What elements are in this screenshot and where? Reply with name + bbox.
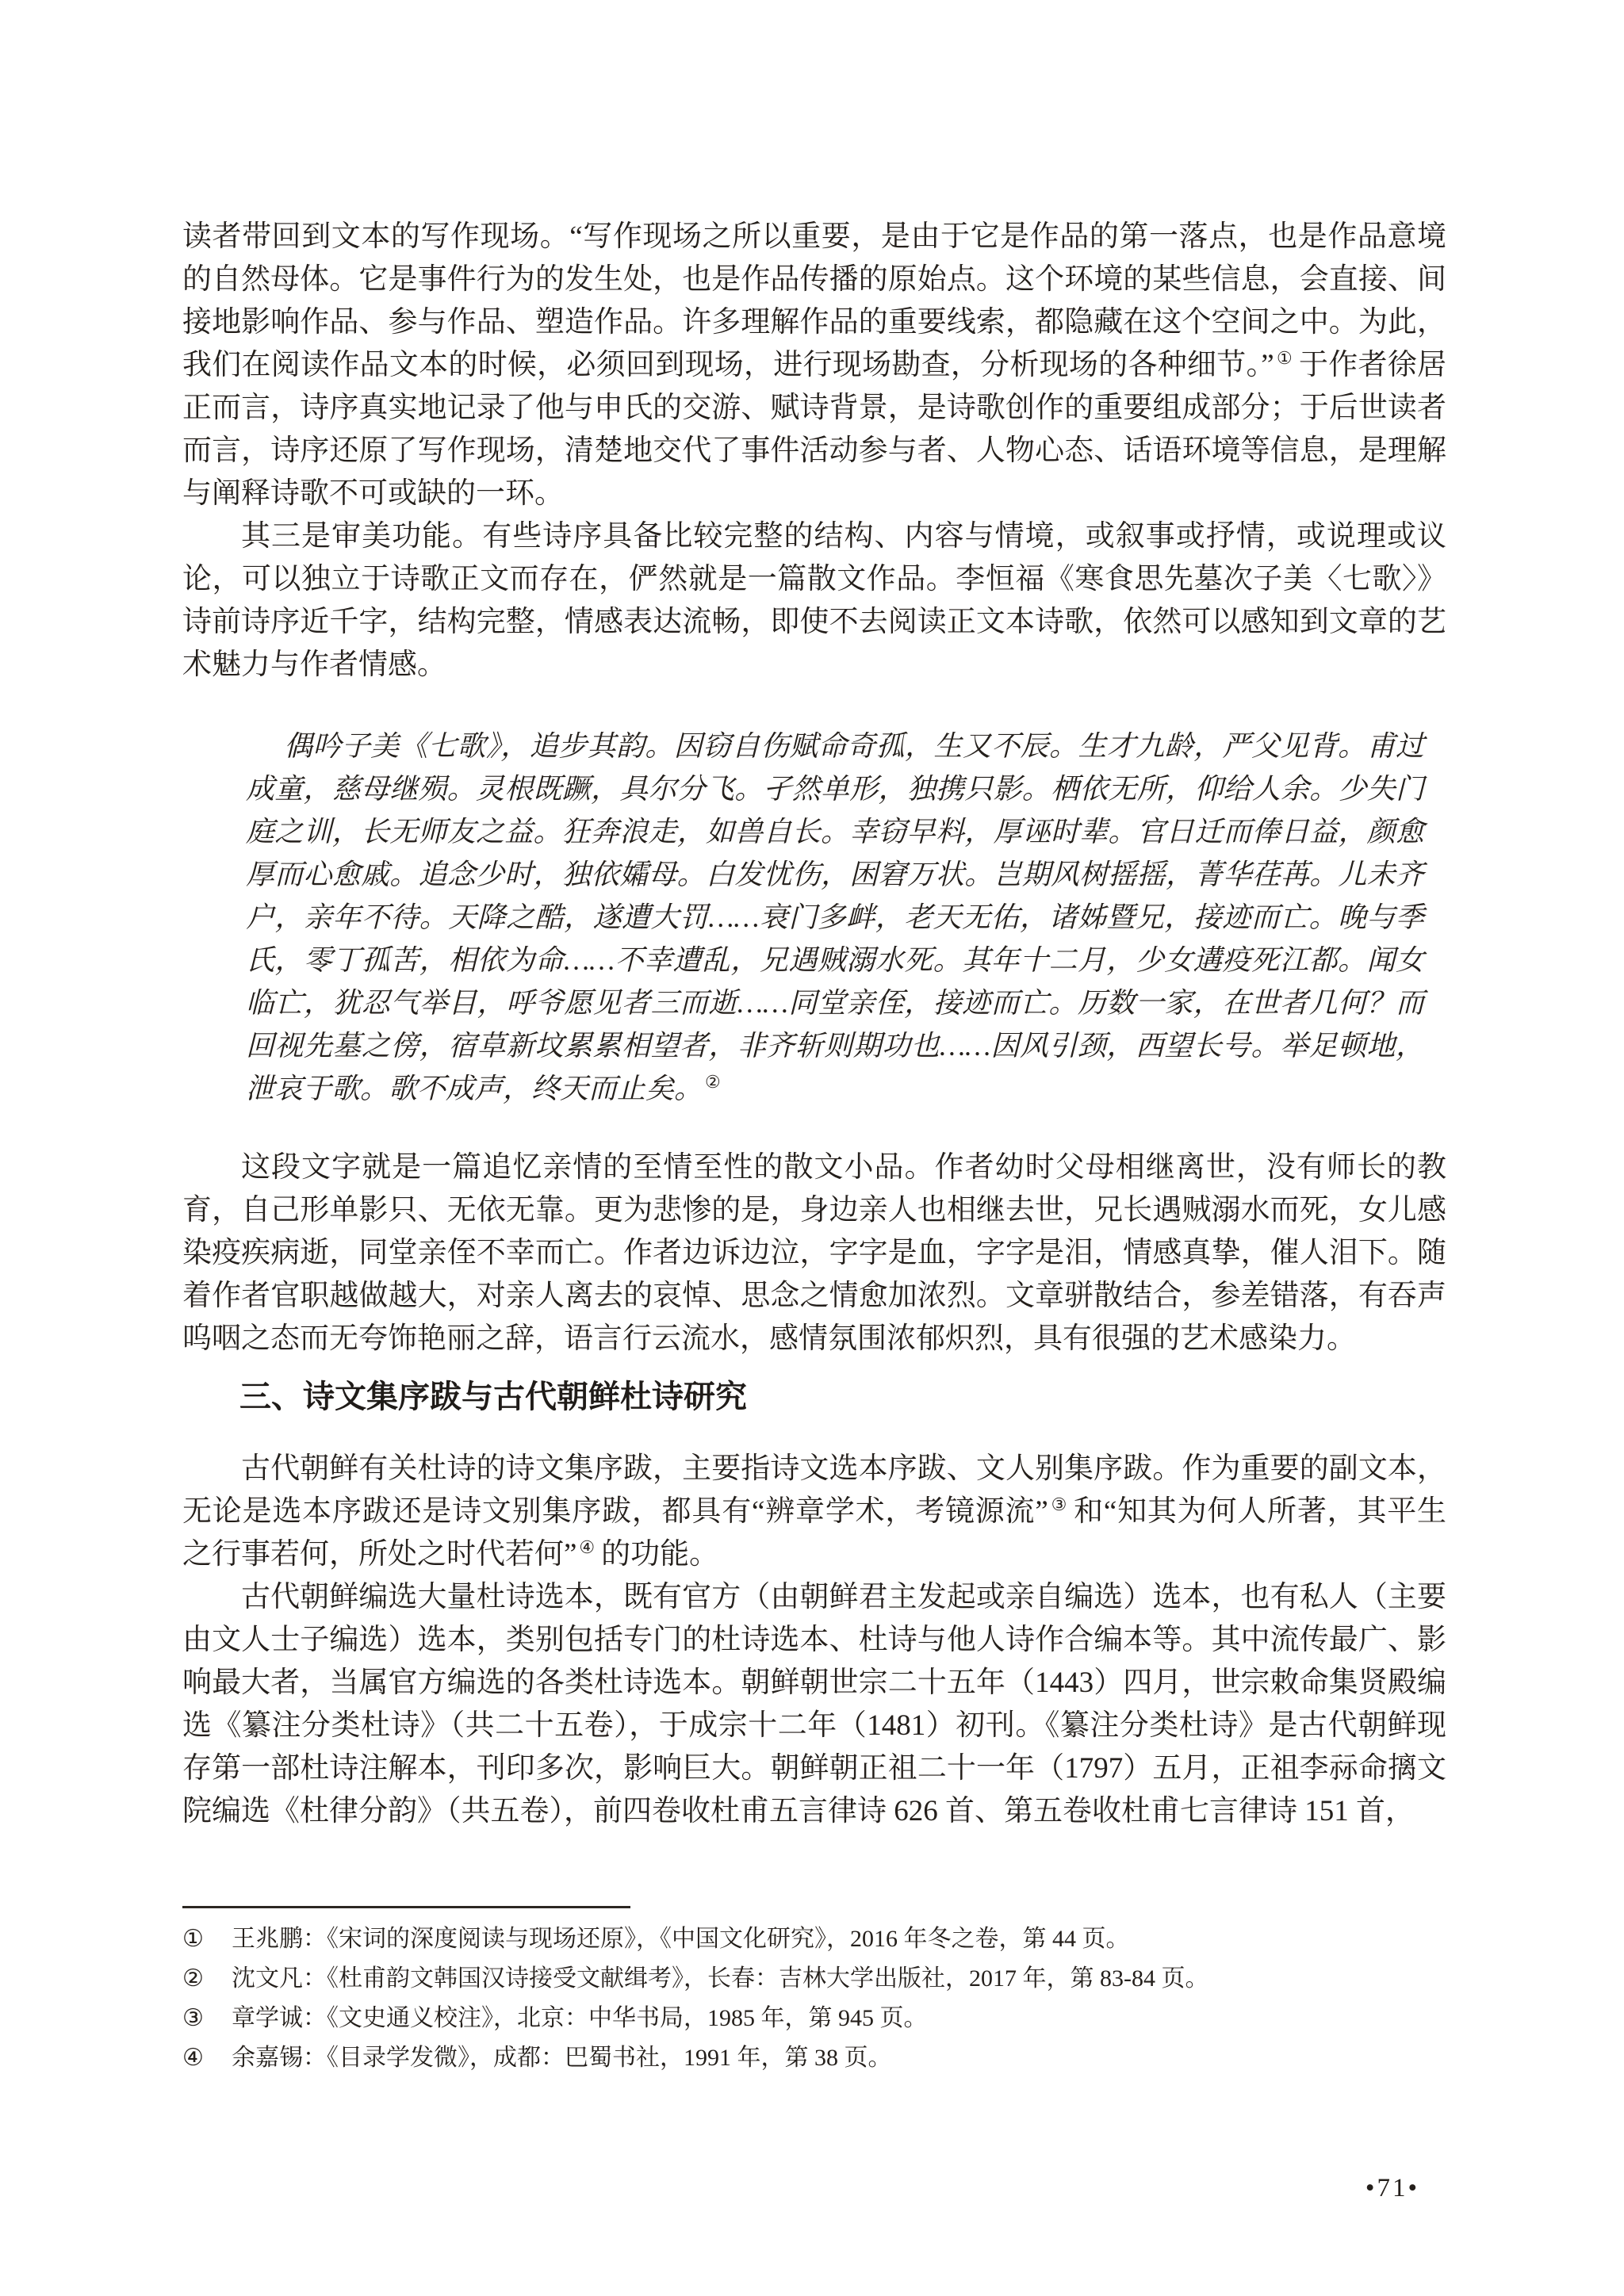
footnote-text-3: 章学诚：《文史通义校注》，北京：中华书局，1985 年，第 945 页。	[232, 1999, 1446, 2038]
footnote-item-2: ② 沈文凡：《杜甫韵文韩国汉诗接受文献缉考》，长春：吉林大学出版社，2017 年…	[182, 1959, 1446, 1999]
footnote-marker-2: ②	[182, 1959, 232, 1999]
footnote-ref-3: ③	[1051, 1494, 1067, 1514]
footnote-item-3: ③ 章学诚：《文史通义校注》，北京：中华书局，1985 年，第 945 页。	[182, 1999, 1446, 2038]
body-paragraph-1: 读者带回到文本的写作现场。“写作现场之所以重要，是由于它是作品的第一落点，也是作…	[182, 216, 1446, 515]
footnote-section: ① 王兆鹏：《宋词的深度阅读与现场还原》，《中国文化研究》，2016 年冬之卷，…	[182, 1906, 1446, 2078]
text-column: 读者带回到文本的写作现场。“写作现场之所以重要，是由于它是作品的第一落点，也是作…	[182, 216, 1446, 1833]
block-quote-text: 偶吟子美《七歌》，追步其韵。因窃自伤赋命奇孤，生又不辰。生才九龄，严父见背。甫过…	[246, 730, 1424, 1104]
footnote-separator-rule	[182, 1906, 630, 1908]
block-quote: 偶吟子美《七歌》，追步其韵。因窃自伤赋命奇孤，生又不辰。生才九龄，严父见背。甫过…	[246, 725, 1424, 1110]
body-paragraph-2: 其三是审美功能。有些诗序具备比较完整的结构、内容与情境，或叙事或抒情，或说理或议…	[182, 515, 1446, 687]
footnote-ref-2: ②	[705, 1072, 721, 1092]
footnote-ref-1: ①	[1277, 348, 1293, 368]
footnote-ref-4: ④	[579, 1537, 595, 1557]
footnote-marker-3: ③	[182, 1999, 232, 2038]
section-heading: 三、诗文集序跋与古代朝鲜杜诗研究	[182, 1375, 1446, 1419]
body-paragraph-4: 古代朝鲜有关杜诗的诗文集序跋，主要指诗文选本序跋、文人别集序跋。作为重要的副文本…	[182, 1448, 1446, 1576]
footnote-item-4: ④ 余嘉锡：《目录学发微》，成都：巴蜀书社，1991 年，第 38 页。	[182, 2038, 1446, 2078]
document-page: 读者带回到文本的写作现场。“写作现场之所以重要，是由于它是作品的第一落点，也是作…	[0, 0, 1624, 2296]
footnote-marker-4: ④	[182, 2038, 232, 2078]
paragraph-4-segment-3: 的功能。	[601, 1538, 718, 1571]
body-paragraph-3: 这段文字就是一篇追忆亲情的至情至性的散文小品。作者幼时父母相继离世，没有师长的教…	[182, 1146, 1446, 1360]
footnote-text-2: 沈文凡：《杜甫韵文韩国汉诗接受文献缉考》，长春：吉林大学出版社，2017 年，第…	[232, 1959, 1446, 1999]
footnote-item-1: ① 王兆鹏：《宋词的深度阅读与现场还原》，《中国文化研究》，2016 年冬之卷，…	[182, 1919, 1446, 1959]
footnote-text-1: 王兆鹏：《宋词的深度阅读与现场还原》，《中国文化研究》，2016 年冬之卷，第 …	[232, 1919, 1446, 1959]
body-paragraph-5: 古代朝鲜编选大量杜诗选本，既有官方（由朝鲜君主发起或亲自编选）选本，也有私人（主…	[182, 1576, 1446, 1833]
paragraph-1-text-before-ref: 读者带回到文本的写作现场。“写作现场之所以重要，是由于它是作品的第一落点，也是作…	[182, 220, 1446, 381]
footnote-text-4: 余嘉锡：《目录学发微》，成都：巴蜀书社，1991 年，第 38 页。	[232, 2038, 1446, 2078]
page-number: •71•	[1365, 2174, 1419, 2203]
footnote-marker-1: ①	[182, 1919, 232, 1959]
